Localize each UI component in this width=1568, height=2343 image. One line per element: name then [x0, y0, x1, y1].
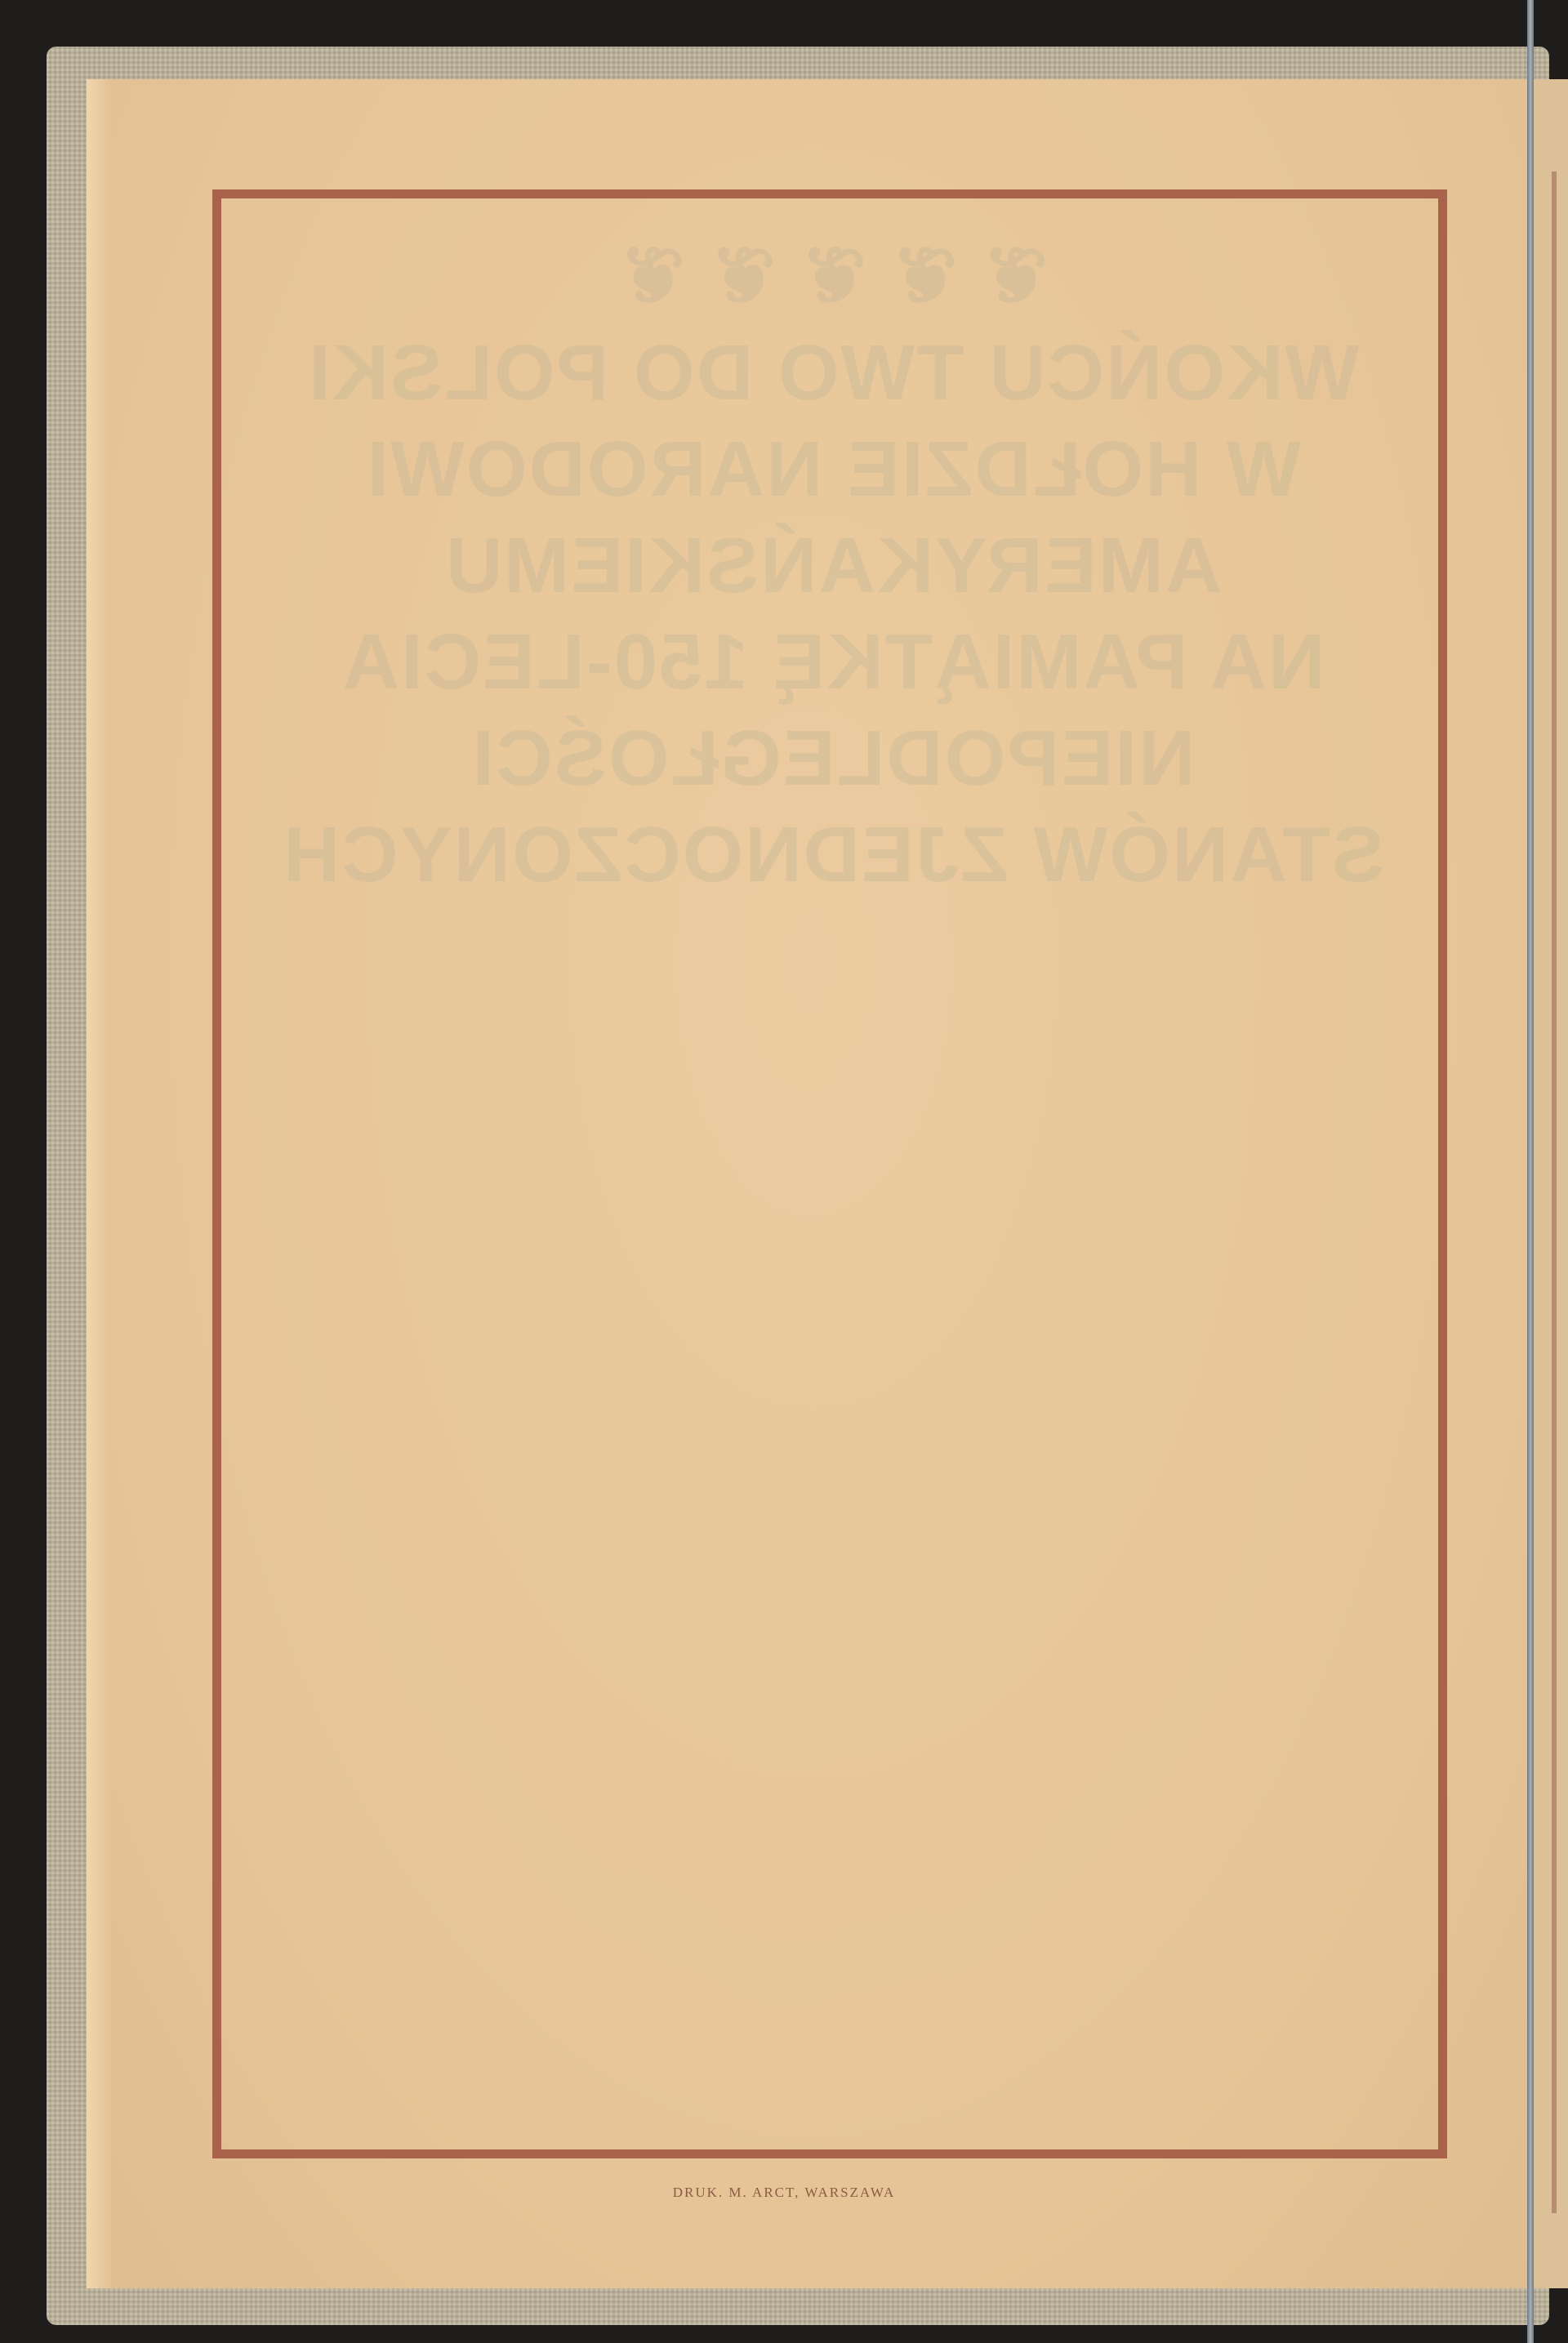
bleed-line: STANÓW ZJEDNOCZONYCH — [245, 807, 1421, 903]
bleed-line: NA PAMIĄTKĘ 150-LECIA — [245, 614, 1421, 710]
bleed-line: W HOŁDZIE NARODOWI — [245, 421, 1421, 518]
bleed-line: ❦ ❦ ❦ ❦ ❦ — [245, 229, 1421, 325]
page-stack-edge — [87, 79, 111, 2288]
spine-gutter — [1527, 0, 1534, 2343]
printer-imprint: DRUK. M. ARCT, WARSZAWA — [0, 2185, 1568, 2201]
bleed-line: WKOŃCU TWO DO POLSKI — [245, 325, 1421, 421]
show-through-text: ❦ ❦ ❦ ❦ ❦ WKOŃCU TWO DO POLSKI W HOŁDZIE… — [245, 229, 1421, 903]
bleed-line: NIEPODLEGŁOŚCI — [245, 710, 1421, 807]
bleed-line: AMERYKAŃSKIEMU — [245, 518, 1421, 614]
adjacent-page-frame — [1552, 171, 1568, 2213]
